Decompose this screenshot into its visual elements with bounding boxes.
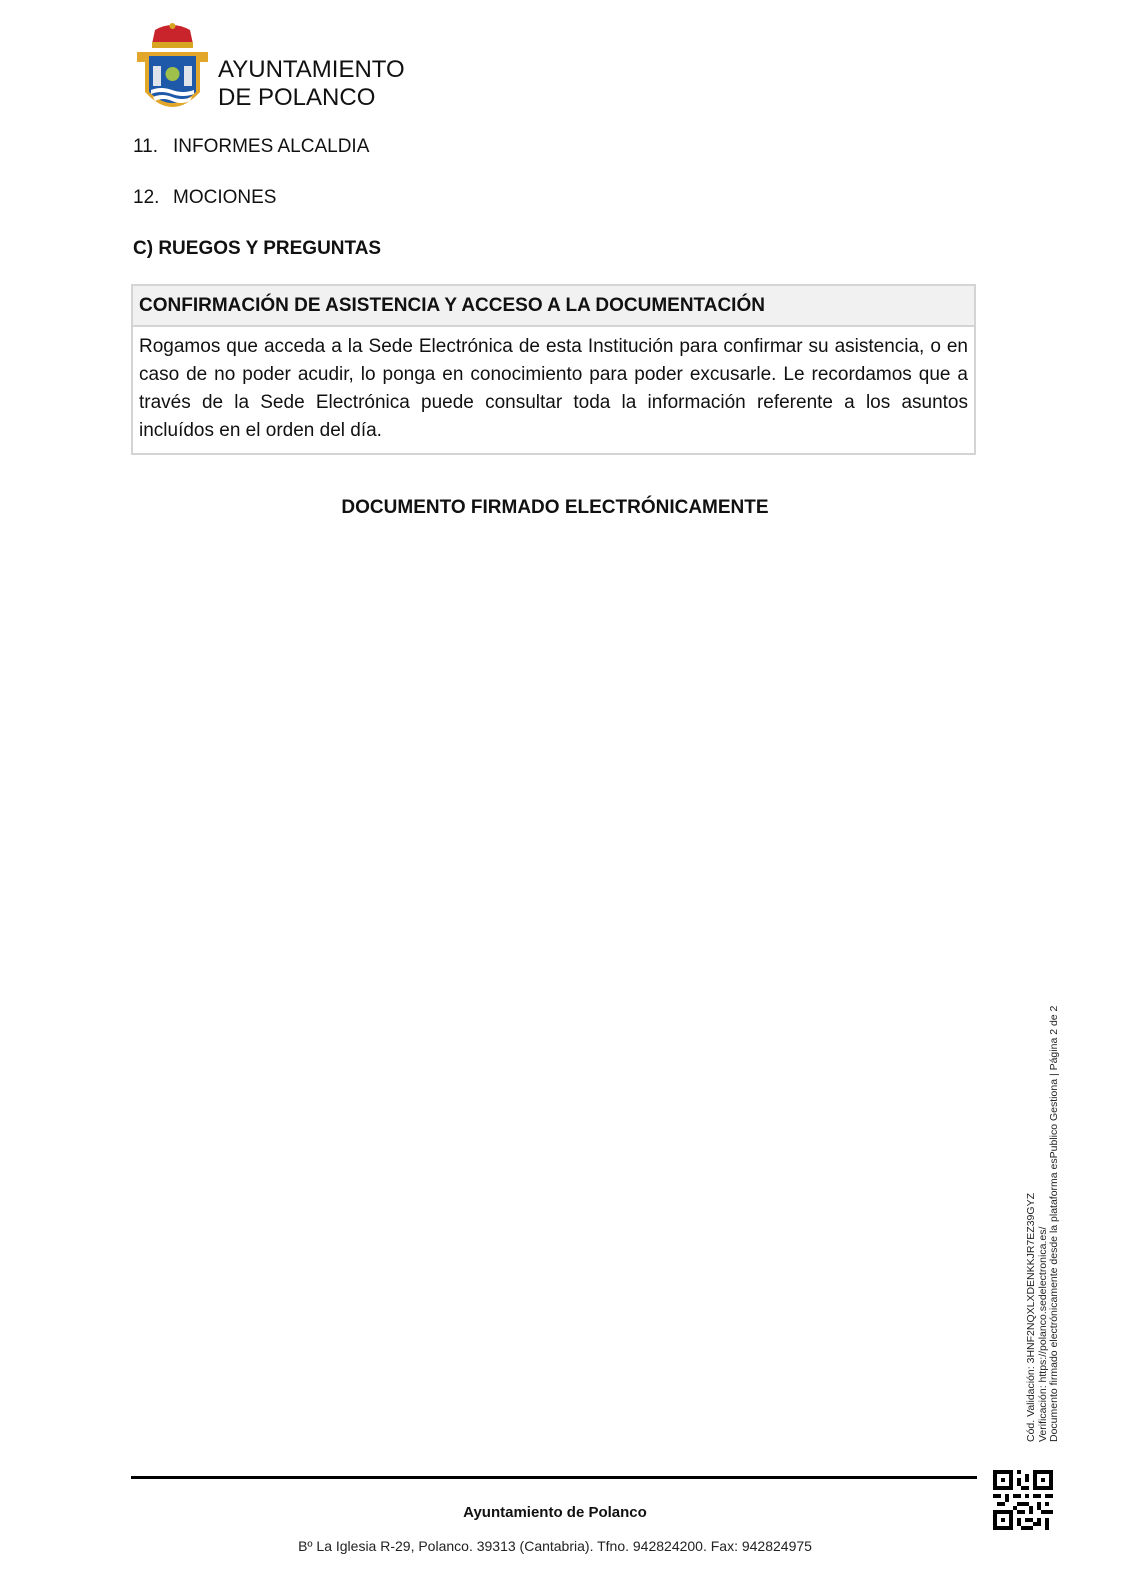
footer-divider xyxy=(131,1476,977,1479)
agenda-item-label: MOCIONES xyxy=(173,187,276,208)
validation-stamp: Cód. Validación: 3HNF2NQXLXDENKKJR7EZ39G… xyxy=(1026,1006,1061,1442)
header-title-line1: AYUNTAMIENTO xyxy=(218,56,405,84)
notice-box-body: Rogamos que acceda a la Sede Electrónica… xyxy=(133,327,974,453)
agenda-item-number: 12. xyxy=(133,187,173,209)
agenda-item: 12.MOCIONES xyxy=(133,187,276,209)
qr-code-icon xyxy=(993,1470,1053,1530)
signed-label: DOCUMENTO FIRMADO ELECTRÓNICAMENTE xyxy=(0,497,1110,519)
agenda-item-label: INFORMES ALCALDIA xyxy=(173,136,369,157)
signature-note: Documento firmado electrónicamente desde… xyxy=(1049,1006,1061,1442)
footer-address: Bº La Iglesia R-29, Polanco. 39313 (Cant… xyxy=(0,1538,1110,1554)
agenda-item-number: 11. xyxy=(133,136,173,158)
section-heading: C) RUEGOS Y PREGUNTAS xyxy=(133,238,381,260)
agenda-item: 11.INFORMES ALCALDIA xyxy=(133,136,369,158)
notice-box-title: CONFIRMACIÓN DE ASISTENCIA Y ACCESO A LA… xyxy=(133,286,974,327)
validation-code: Cód. Validación: 3HNF2NQXLXDENKKJR7EZ39G… xyxy=(1026,1006,1038,1442)
header-title: AYUNTAMIENTO DE POLANCO xyxy=(218,56,405,112)
notice-box: CONFIRMACIÓN DE ASISTENCIA Y ACCESO A LA… xyxy=(131,284,976,455)
coat-of-arms-logo xyxy=(135,22,210,118)
footer-org-name: Ayuntamiento de Polanco xyxy=(0,1504,1110,1521)
header-title-line2: DE POLANCO xyxy=(218,84,405,112)
